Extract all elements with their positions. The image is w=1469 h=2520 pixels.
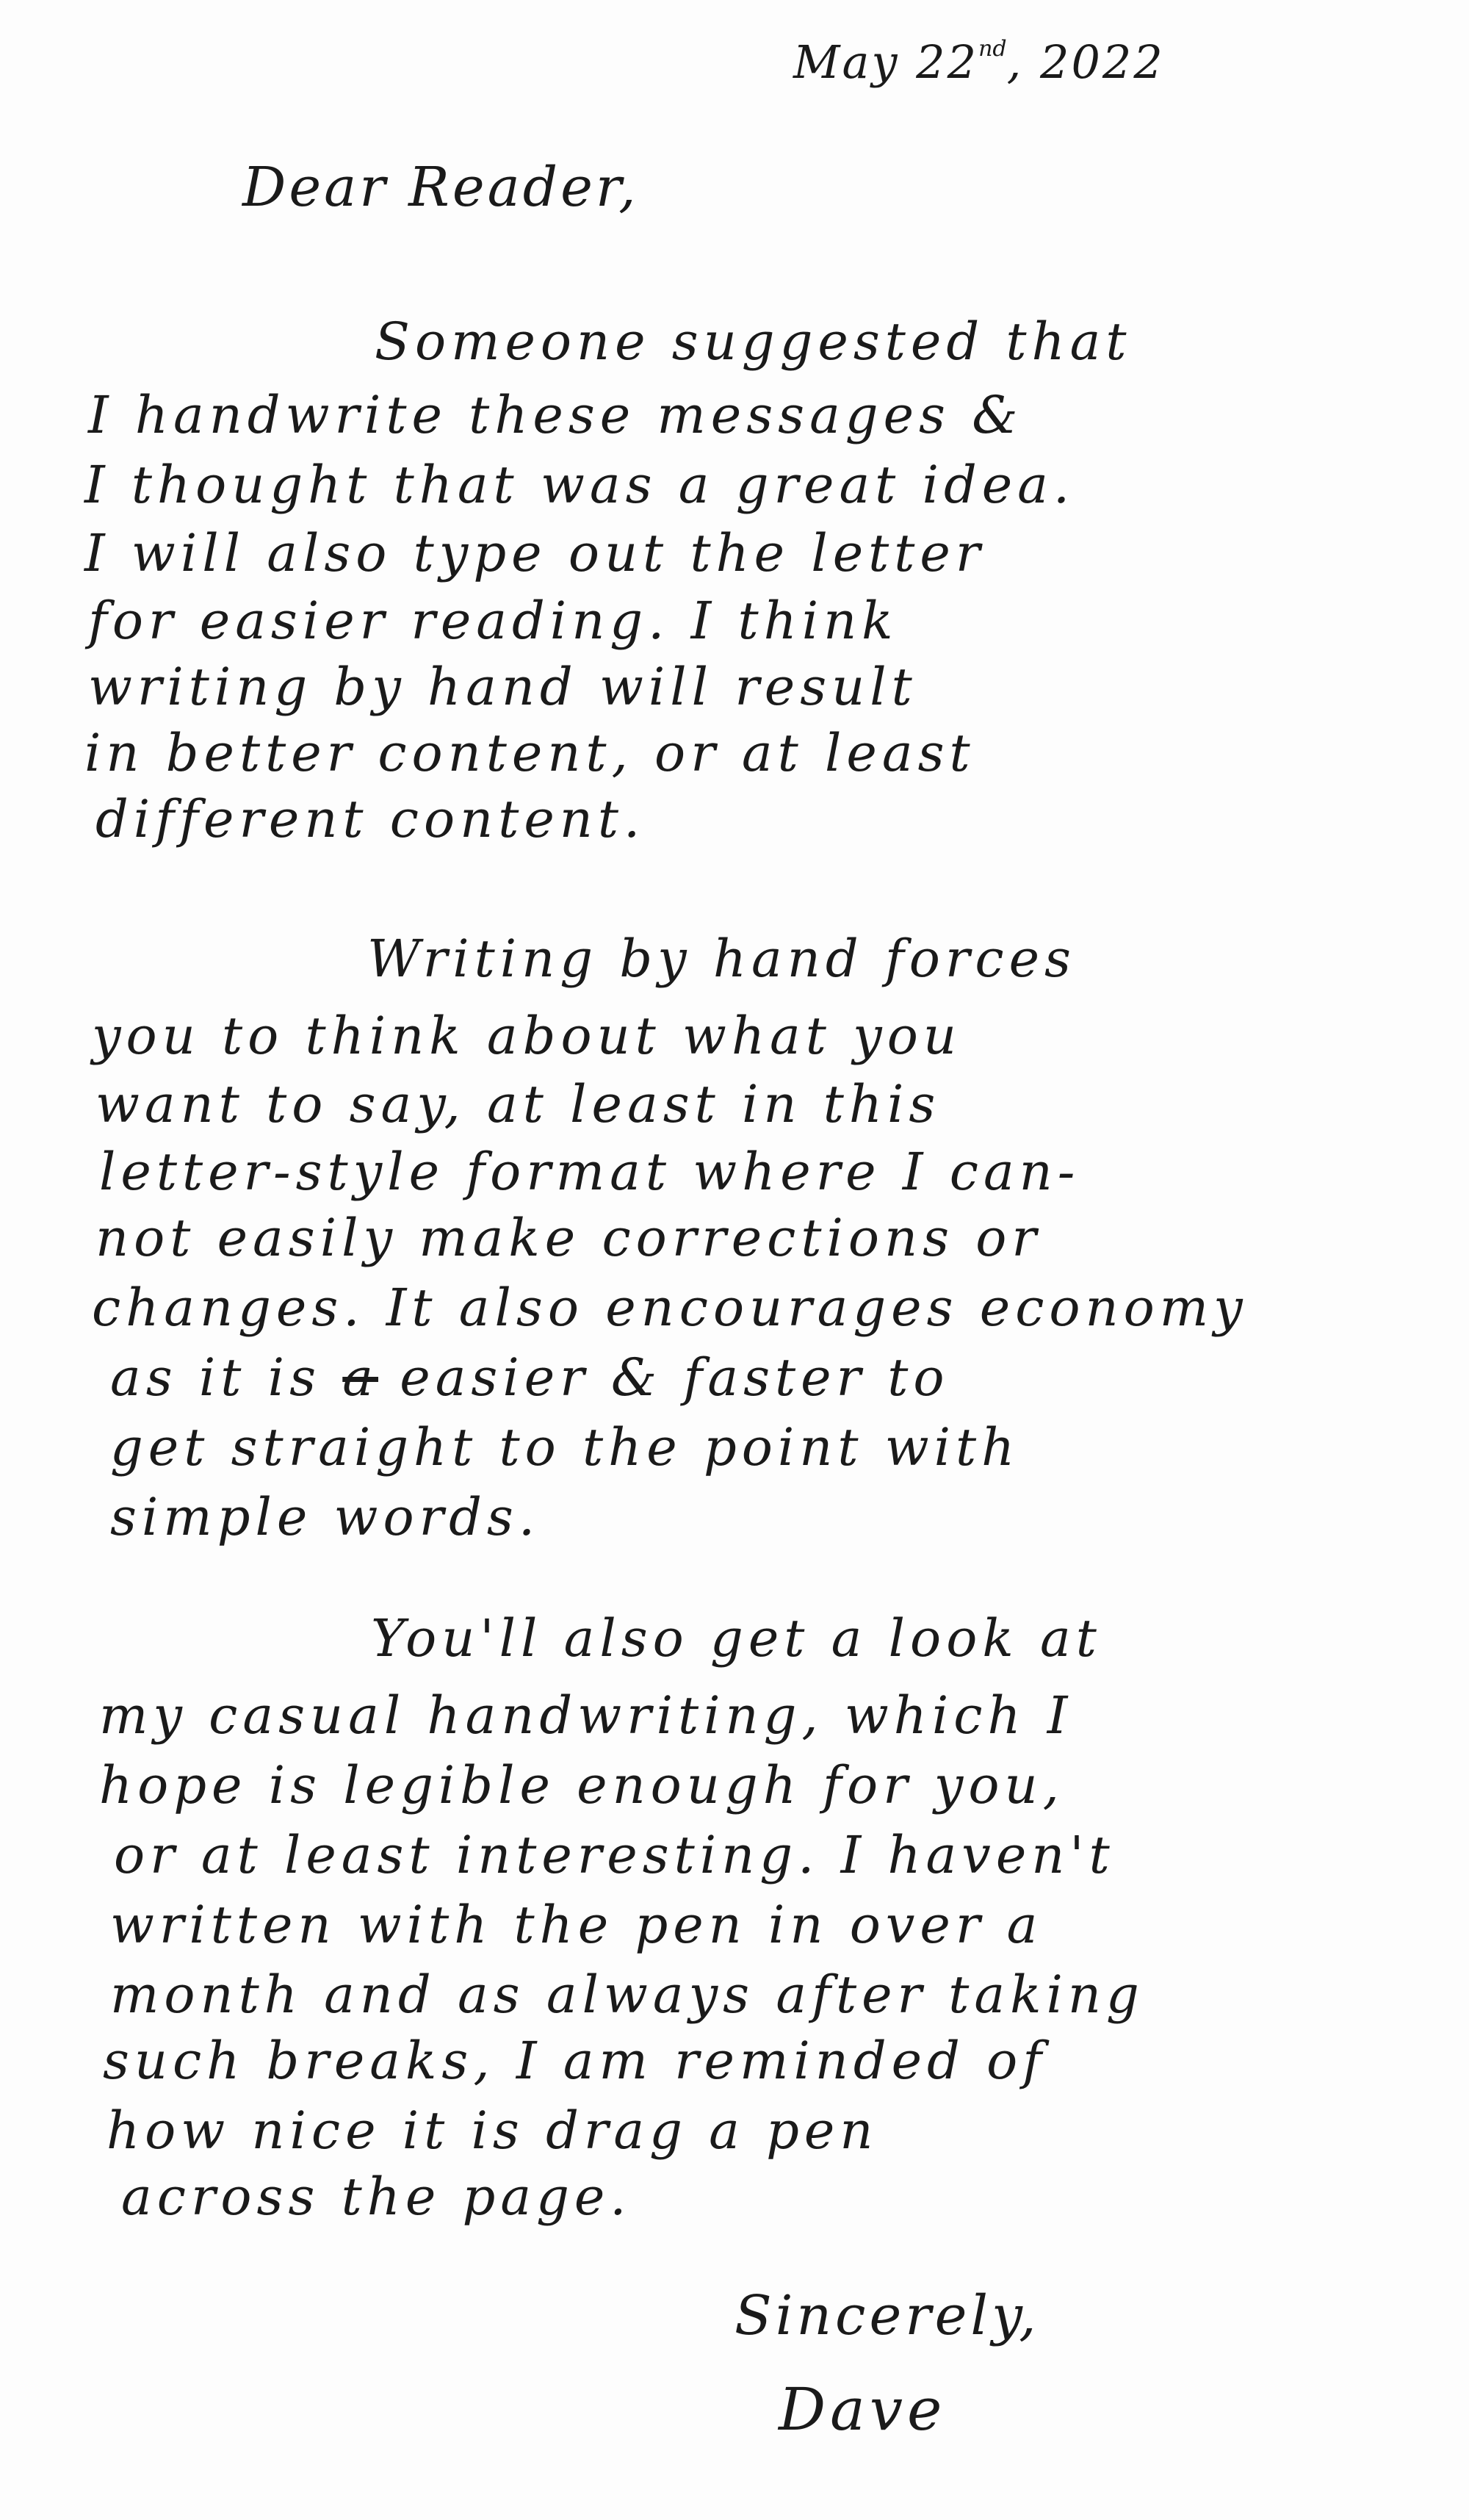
letter-line: month and as always after taking — [110, 1969, 1144, 2020]
letter-line: such breaks, I am reminded of — [103, 2035, 1047, 2087]
letter-line: simple words. — [110, 1491, 540, 1543]
letter-line: Someone suggested that — [375, 316, 1131, 367]
letter-line: you to think about what you — [92, 1010, 961, 1062]
letter-line: I will also type out the letter — [84, 528, 985, 579]
letter-line: I thought that was a great idea. — [84, 459, 1075, 511]
letter-line: as it is a easier & faster to — [110, 1352, 950, 1403]
line-text: as it is — [110, 1347, 321, 1408]
date-ordinal-suffix: nd — [978, 36, 1007, 62]
struck-out-word: a — [342, 1347, 378, 1408]
date-month-day: May 22 — [793, 35, 978, 89]
handwritten-letter-page: May 22nd, 2022 Dear Reader, Someone sugg… — [0, 0, 1469, 2520]
letter-line: get straight to the point with — [110, 1422, 1019, 1473]
letter-line: or at least interesting. I haven't — [114, 1829, 1115, 1881]
letter-line: I handwrite these messages & — [88, 389, 1023, 441]
letter-line: in better content, or at least — [84, 727, 975, 779]
date-year: , 2022 — [1007, 35, 1165, 89]
line-text: easier & faster to — [400, 1347, 949, 1408]
letter-line: You'll also get a look at — [371, 1613, 1102, 1664]
letter-date: May 22nd, 2022 — [793, 38, 1165, 85]
letter-line: want to say, at least in this — [95, 1079, 940, 1130]
letter-line: written with the pen in over a — [110, 1899, 1042, 1951]
letter-line: changes. It also encourages economy — [92, 1282, 1248, 1333]
letter-line: hope is legible enough for you, — [99, 1760, 1064, 1811]
letter-line: letter-style format where I can- — [99, 1146, 1080, 1198]
letter-line: not easily make corrections or — [95, 1212, 1042, 1264]
letter-line: Writing by hand forces — [367, 933, 1076, 984]
letter-signature: Dave — [779, 2380, 946, 2439]
letter-line: my casual handwriting, which I — [99, 1690, 1072, 1741]
letter-line: different content. — [95, 793, 645, 845]
letter-closing: Sincerely, — [734, 2289, 1040, 2343]
letter-line: for easier reading. I think — [88, 595, 898, 647]
letter-greeting: Dear Reader, — [242, 160, 639, 215]
letter-line: writing by hand will result — [88, 661, 917, 713]
letter-line: across the page. — [121, 2171, 632, 2222]
letter-line: how nice it is drag a pen — [107, 2105, 878, 2156]
